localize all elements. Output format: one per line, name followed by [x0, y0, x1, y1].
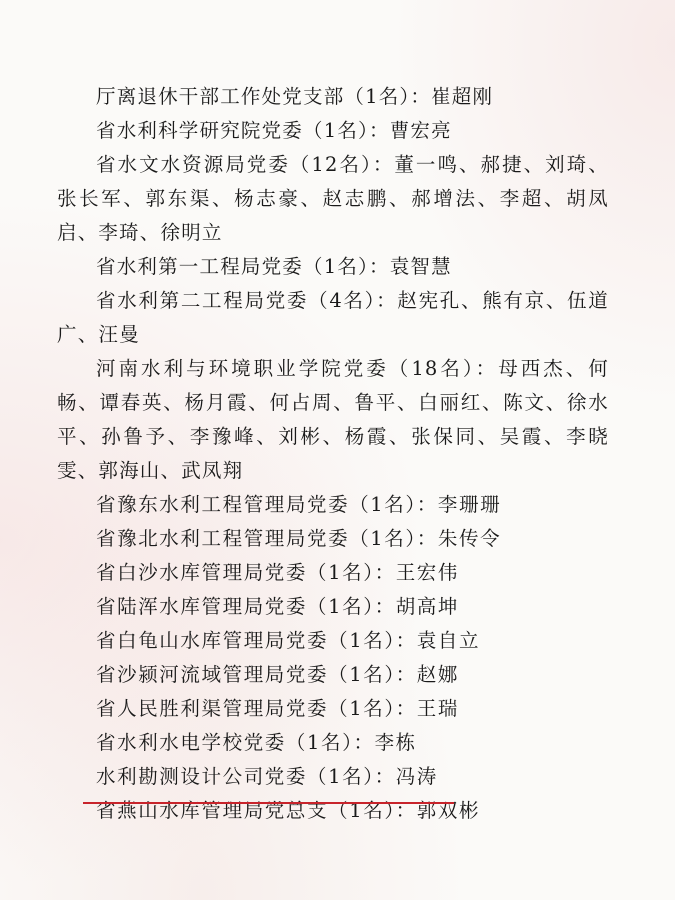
entry-15: 省燕山水库管理局党总支（1名）：郭双彬	[57, 794, 609, 828]
org-name: 省白沙水库管理局党委	[96, 561, 307, 584]
member-names: 胡高坤	[396, 595, 459, 618]
entry-0: 厅离退休干部工作处党支部（1名）：崔超刚	[57, 80, 609, 114]
org-name: 省白龟山水库管理局党委	[96, 629, 328, 652]
member-names: 曹宏亮	[390, 119, 452, 142]
entry-5: 河南水利与环境职业学院党委（18名）：母西杰、何畅、谭春英、杨月霞、何占周、鲁平…	[57, 352, 609, 488]
entry-6: 省豫东水利工程管理局党委（1名）：李珊珊	[57, 488, 609, 522]
member-names: 李栋	[375, 731, 417, 754]
member-count: （1名）	[307, 765, 375, 788]
entry-12: 省人民胜利渠管理局党委（1名）：王瑞	[57, 692, 609, 726]
entry-14-highlighted: 水利勘测设计公司党委（1名）：冯涛	[57, 760, 609, 794]
member-count: （1名）	[303, 119, 369, 142]
member-count: （1名）	[328, 629, 396, 652]
org-name: 省沙颍河流域管理局党委	[96, 663, 328, 686]
separator: ：	[369, 119, 390, 142]
separator: ：	[369, 255, 390, 278]
separator: ：	[396, 629, 417, 652]
separator: ：	[373, 153, 395, 176]
separator: ：	[410, 85, 431, 108]
entry-9: 省陆浑水库管理局党委（1名）：胡高坤	[57, 590, 609, 624]
separator: ：	[353, 731, 374, 754]
member-names: 王瑞	[417, 697, 459, 720]
member-count: （1名）	[307, 561, 375, 584]
document-body: 厅离退休干部工作处党支部（1名）：崔超刚 省水利科学研究院党委（1名）：曹宏亮 …	[57, 80, 609, 828]
org-name: 省水利第二工程局党委	[96, 289, 308, 312]
separator: ：	[396, 663, 417, 686]
entry-13: 省水利水电学校党委（1名）：李栋	[57, 726, 609, 760]
entry-3: 省水利第一工程局党委（1名）：袁智慧	[57, 250, 609, 284]
member-count: （1名）	[307, 595, 375, 618]
org-name: 省豫北水利工程管理局党委	[96, 527, 349, 550]
member-count: （12名）	[290, 153, 373, 176]
red-highlight-underline	[83, 802, 454, 804]
separator: ：	[417, 493, 438, 516]
org-name: 河南水利与环境职业学院党委	[96, 357, 389, 380]
member-names: 李珊珊	[438, 493, 501, 516]
member-count: （1名）	[328, 697, 396, 720]
separator: ：	[375, 595, 396, 618]
org-name: 省陆浑水库管理局党委	[96, 595, 307, 618]
member-count: （1名）	[303, 255, 369, 278]
entry-7: 省豫北水利工程管理局党委（1名）：朱传令	[57, 522, 609, 556]
separator: ：	[476, 357, 499, 380]
member-count: （1名）	[349, 527, 417, 550]
member-count: （1名）	[344, 85, 410, 108]
separator: ：	[396, 697, 417, 720]
member-names: 王宏伟	[396, 561, 459, 584]
entry-10: 省白龟山水库管理局党委（1名）：袁自立	[57, 624, 609, 658]
entry-11: 省沙颍河流域管理局党委（1名）：赵娜	[57, 658, 609, 692]
member-count: （18名）	[389, 357, 476, 380]
member-count: （1名）	[328, 663, 396, 686]
member-names: 赵娜	[417, 663, 459, 686]
separator: ：	[375, 765, 396, 788]
org-name: 省水利水电学校党委	[96, 731, 286, 754]
separator: ：	[376, 289, 397, 312]
org-name: 水利勘测设计公司党委	[96, 765, 307, 788]
separator: ：	[417, 527, 438, 550]
member-count: （1名）	[286, 731, 354, 754]
org-name: 省水利科学研究院党委	[96, 119, 303, 142]
member-count: （1名）	[349, 493, 417, 516]
org-name: 省豫东水利工程管理局党委	[96, 493, 349, 516]
org-name: 省人民胜利渠管理局党委	[96, 697, 328, 720]
member-names: 朱传令	[438, 527, 501, 550]
member-count: （4名）	[308, 289, 376, 312]
entry-8: 省白沙水库管理局党委（1名）：王宏伟	[57, 556, 609, 590]
member-names: 袁自立	[417, 629, 480, 652]
member-names: 袁智慧	[390, 255, 452, 278]
member-names: 崔超刚	[431, 85, 493, 108]
separator: ：	[375, 561, 396, 584]
member-names: 冯涛	[396, 765, 438, 788]
entry-2: 省水文水资源局党委（12名）：董一鸣、郝捷、刘琦、张长军、郭东渠、杨志豪、赵志鹏…	[57, 148, 609, 250]
org-name: 省水文水资源局党委	[96, 153, 290, 176]
org-name: 省水利第一工程局党委	[96, 255, 303, 278]
entry-4: 省水利第二工程局党委（4名）：赵宪孔、熊有京、伍道广、汪曼	[57, 284, 609, 352]
entry-1: 省水利科学研究院党委（1名）：曹宏亮	[57, 114, 609, 148]
org-name: 厅离退休干部工作处党支部	[96, 85, 344, 108]
